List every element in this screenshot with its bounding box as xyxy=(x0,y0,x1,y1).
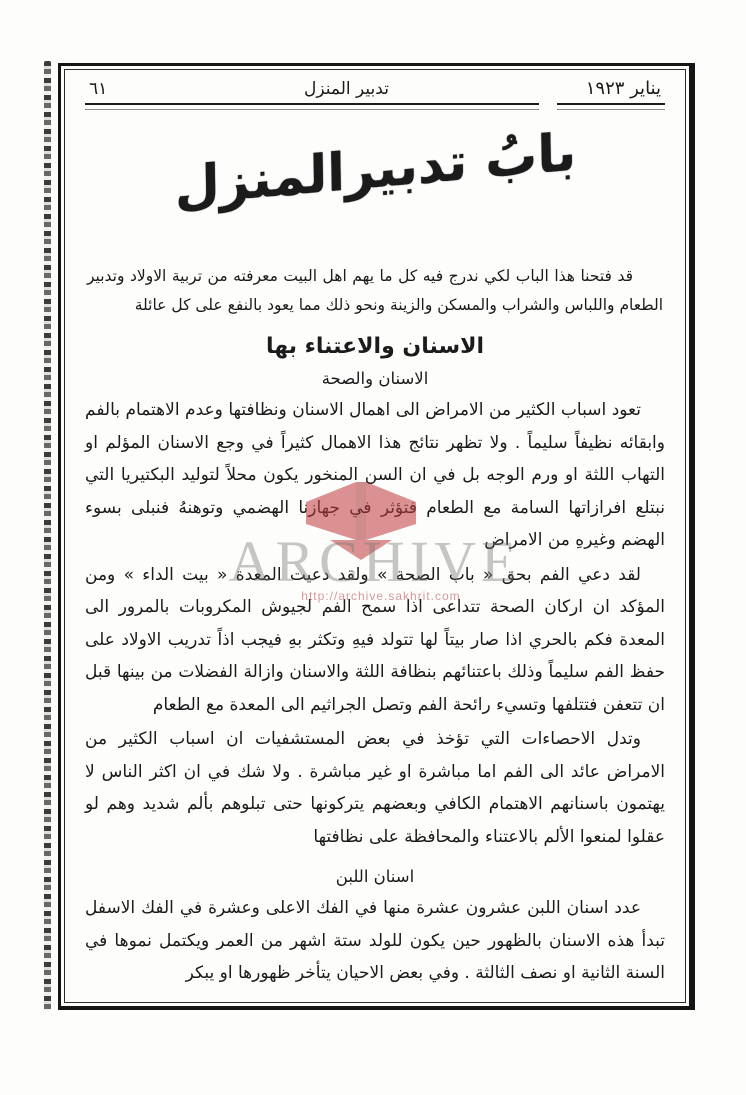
header-rules xyxy=(85,103,665,110)
article-paragraph: عدد اسنان اللبن عشرون عشرة منها في الفك … xyxy=(85,892,665,990)
chapter-title-calligraphy: بابُ تدبيرالمنزل xyxy=(174,122,577,217)
intro-paragraph: قد فتحنا هذا الباب لكي ندرج فيه كل ما يه… xyxy=(87,262,663,320)
article-paragraph: وتدل الاحصاءات التي تؤخذ في بعض المستشفي… xyxy=(85,723,665,853)
article-subheading: الاسنان والصحة xyxy=(83,369,667,388)
page-number: ٦١ xyxy=(89,79,107,99)
scanned-magazine-page: يناير ١٩٢٣ تدبير المنزل ٦١ بابُ تدبيرالم… xyxy=(0,0,746,1095)
article-paragraph: تعود اسباب الكثير من الامراض الى اهمال ا… xyxy=(85,394,665,557)
section2-heading: اسنان اللبن xyxy=(83,867,667,886)
header-rule-left xyxy=(85,103,539,110)
running-header: يناير ١٩٢٣ تدبير المنزل ٦١ xyxy=(83,76,667,103)
article-paragraph: لقد دعي الفم بحق « باب الصحة » ولقد دعيت… xyxy=(85,559,665,722)
journal-section-title: تدبير المنزل xyxy=(304,79,389,99)
binding-edge xyxy=(44,61,51,1011)
page-frame-inner: يناير ١٩٢٣ تدبير المنزل ٦١ بابُ تدبيرالم… xyxy=(64,69,686,1003)
chapter-title-block: بابُ تدبيرالمنزل xyxy=(83,140,667,248)
page-frame: يناير ١٩٢٣ تدبير المنزل ٦١ بابُ تدبيرالم… xyxy=(58,63,695,1010)
issue-date: يناير ١٩٢٣ xyxy=(586,78,661,99)
header-rule-right xyxy=(557,103,665,110)
article-heading: الاسنان والاعتناء بها xyxy=(83,334,667,359)
